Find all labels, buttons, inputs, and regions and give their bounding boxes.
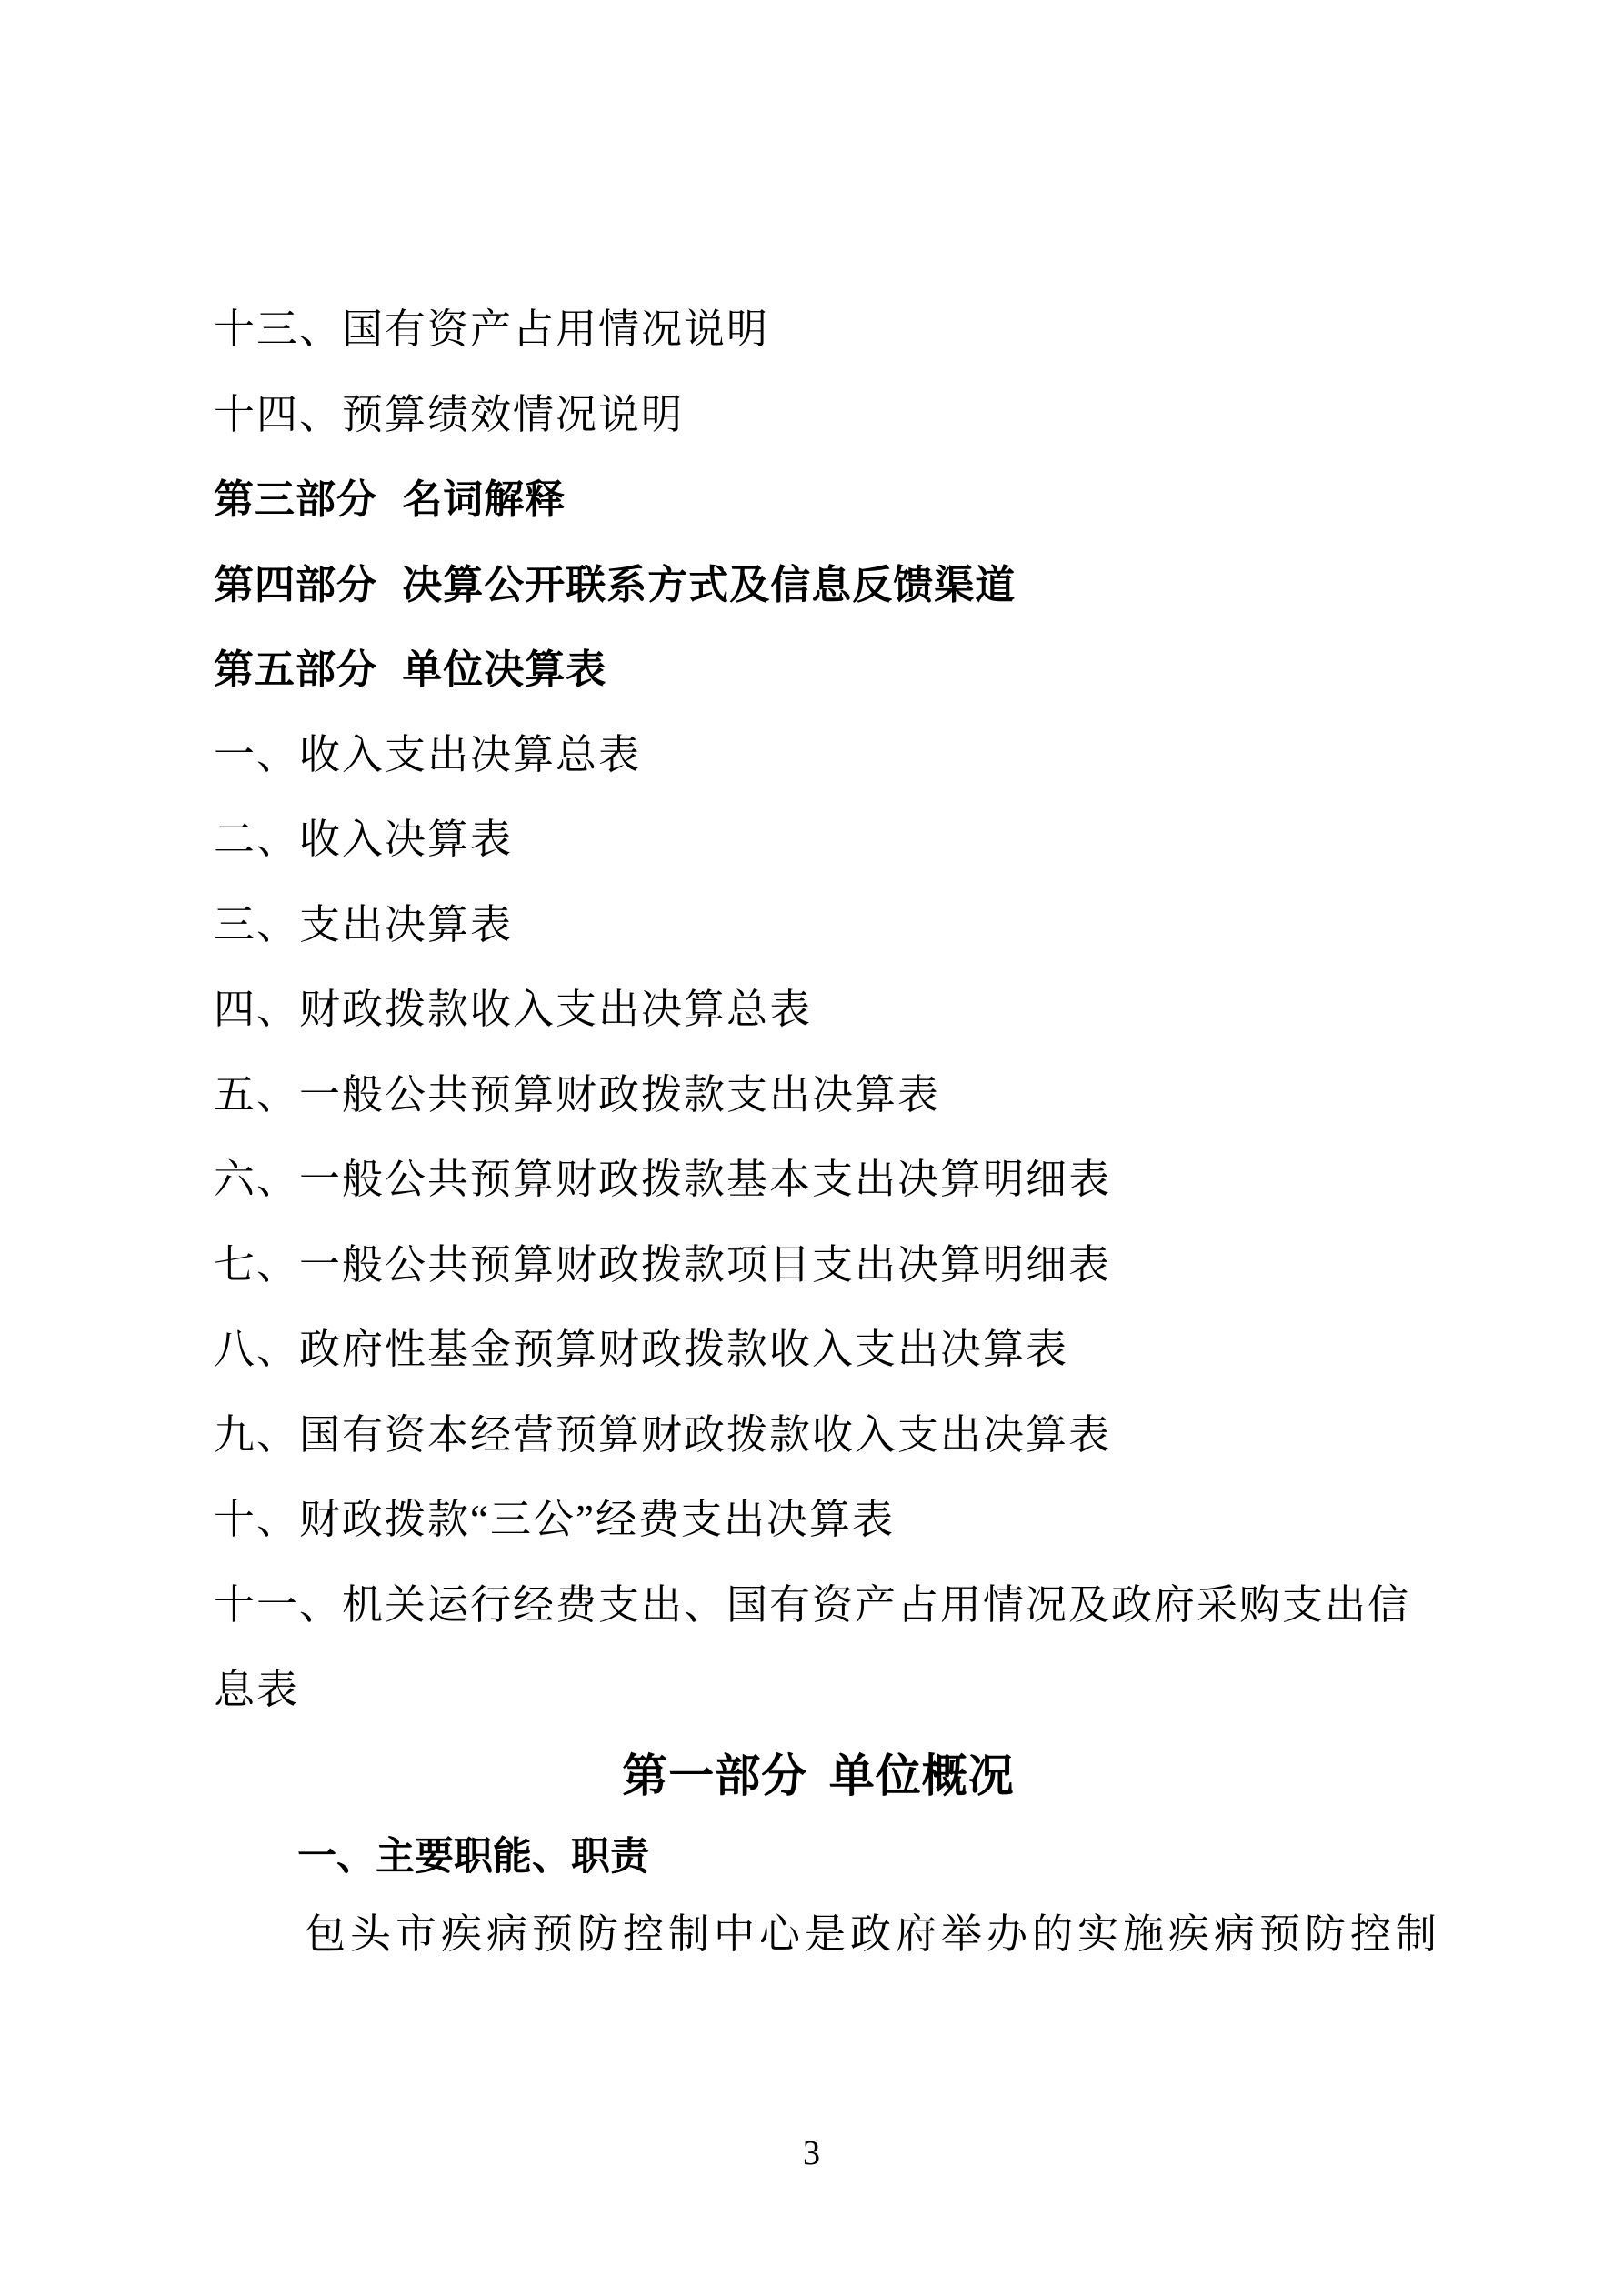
part-one-heading: 第一部分 单位概况 xyxy=(214,1748,1423,1804)
section-heading-part3: 第三部分 名词解释 xyxy=(214,457,1423,543)
toc-item: 四、财政拨款收入支出决算总表 xyxy=(214,968,1423,1053)
subsection-heading: 一、主要职能、职责 xyxy=(297,1833,649,1880)
page-number: 3 xyxy=(0,2135,1623,2171)
document-page: 十三、国有资产占用情况说明 十四、预算绩效情况说明 第三部分 名词解释 第四部分… xyxy=(0,0,1623,2296)
toc-item: 七、一般公共预算财政拨款项目支出决算明细表 xyxy=(214,1223,1423,1308)
toc-item-wrap-continuation: 息表 xyxy=(214,1648,1423,1733)
toc-item: 三、支出决算表 xyxy=(214,883,1423,968)
toc-item: 十、财政拨款“三公”经费支出决算表 xyxy=(214,1478,1423,1563)
toc-item: 二、收入决算表 xyxy=(214,797,1423,883)
toc-item: 八、政府性基金预算财政拨款收入支出决算表 xyxy=(214,1308,1423,1393)
toc-item: 十三、国有资产占用情况说明 xyxy=(214,287,1423,373)
body-paragraph: 包头市疾病预防控制中心是政府举办的实施疾病预防控制 xyxy=(214,1910,1423,1959)
section-heading-part5: 第五部分 单位决算表 xyxy=(214,627,1423,713)
toc-item: 十四、预算绩效情况说明 xyxy=(214,373,1423,458)
toc-item: 九、国有资本经营预算财政拨款收入支出决算表 xyxy=(214,1393,1423,1479)
section-heading-part4: 第四部分 决算公开联系方式及信息反馈渠道 xyxy=(214,543,1423,628)
toc-item: 五、一般公共预算财政拨款支出决算表 xyxy=(214,1053,1423,1138)
toc-item: 六、一般公共预算财政拨款基本支出决算明细表 xyxy=(214,1138,1423,1223)
toc-item: 一、收入支出决算总表 xyxy=(214,713,1423,798)
table-of-contents: 十三、国有资产占用情况说明 十四、预算绩效情况说明 第三部分 名词解释 第四部分… xyxy=(214,287,1423,1733)
toc-item: 十一、机关运行经费支出、国有资产占用情况及政府采购支出信 xyxy=(214,1563,1423,1649)
